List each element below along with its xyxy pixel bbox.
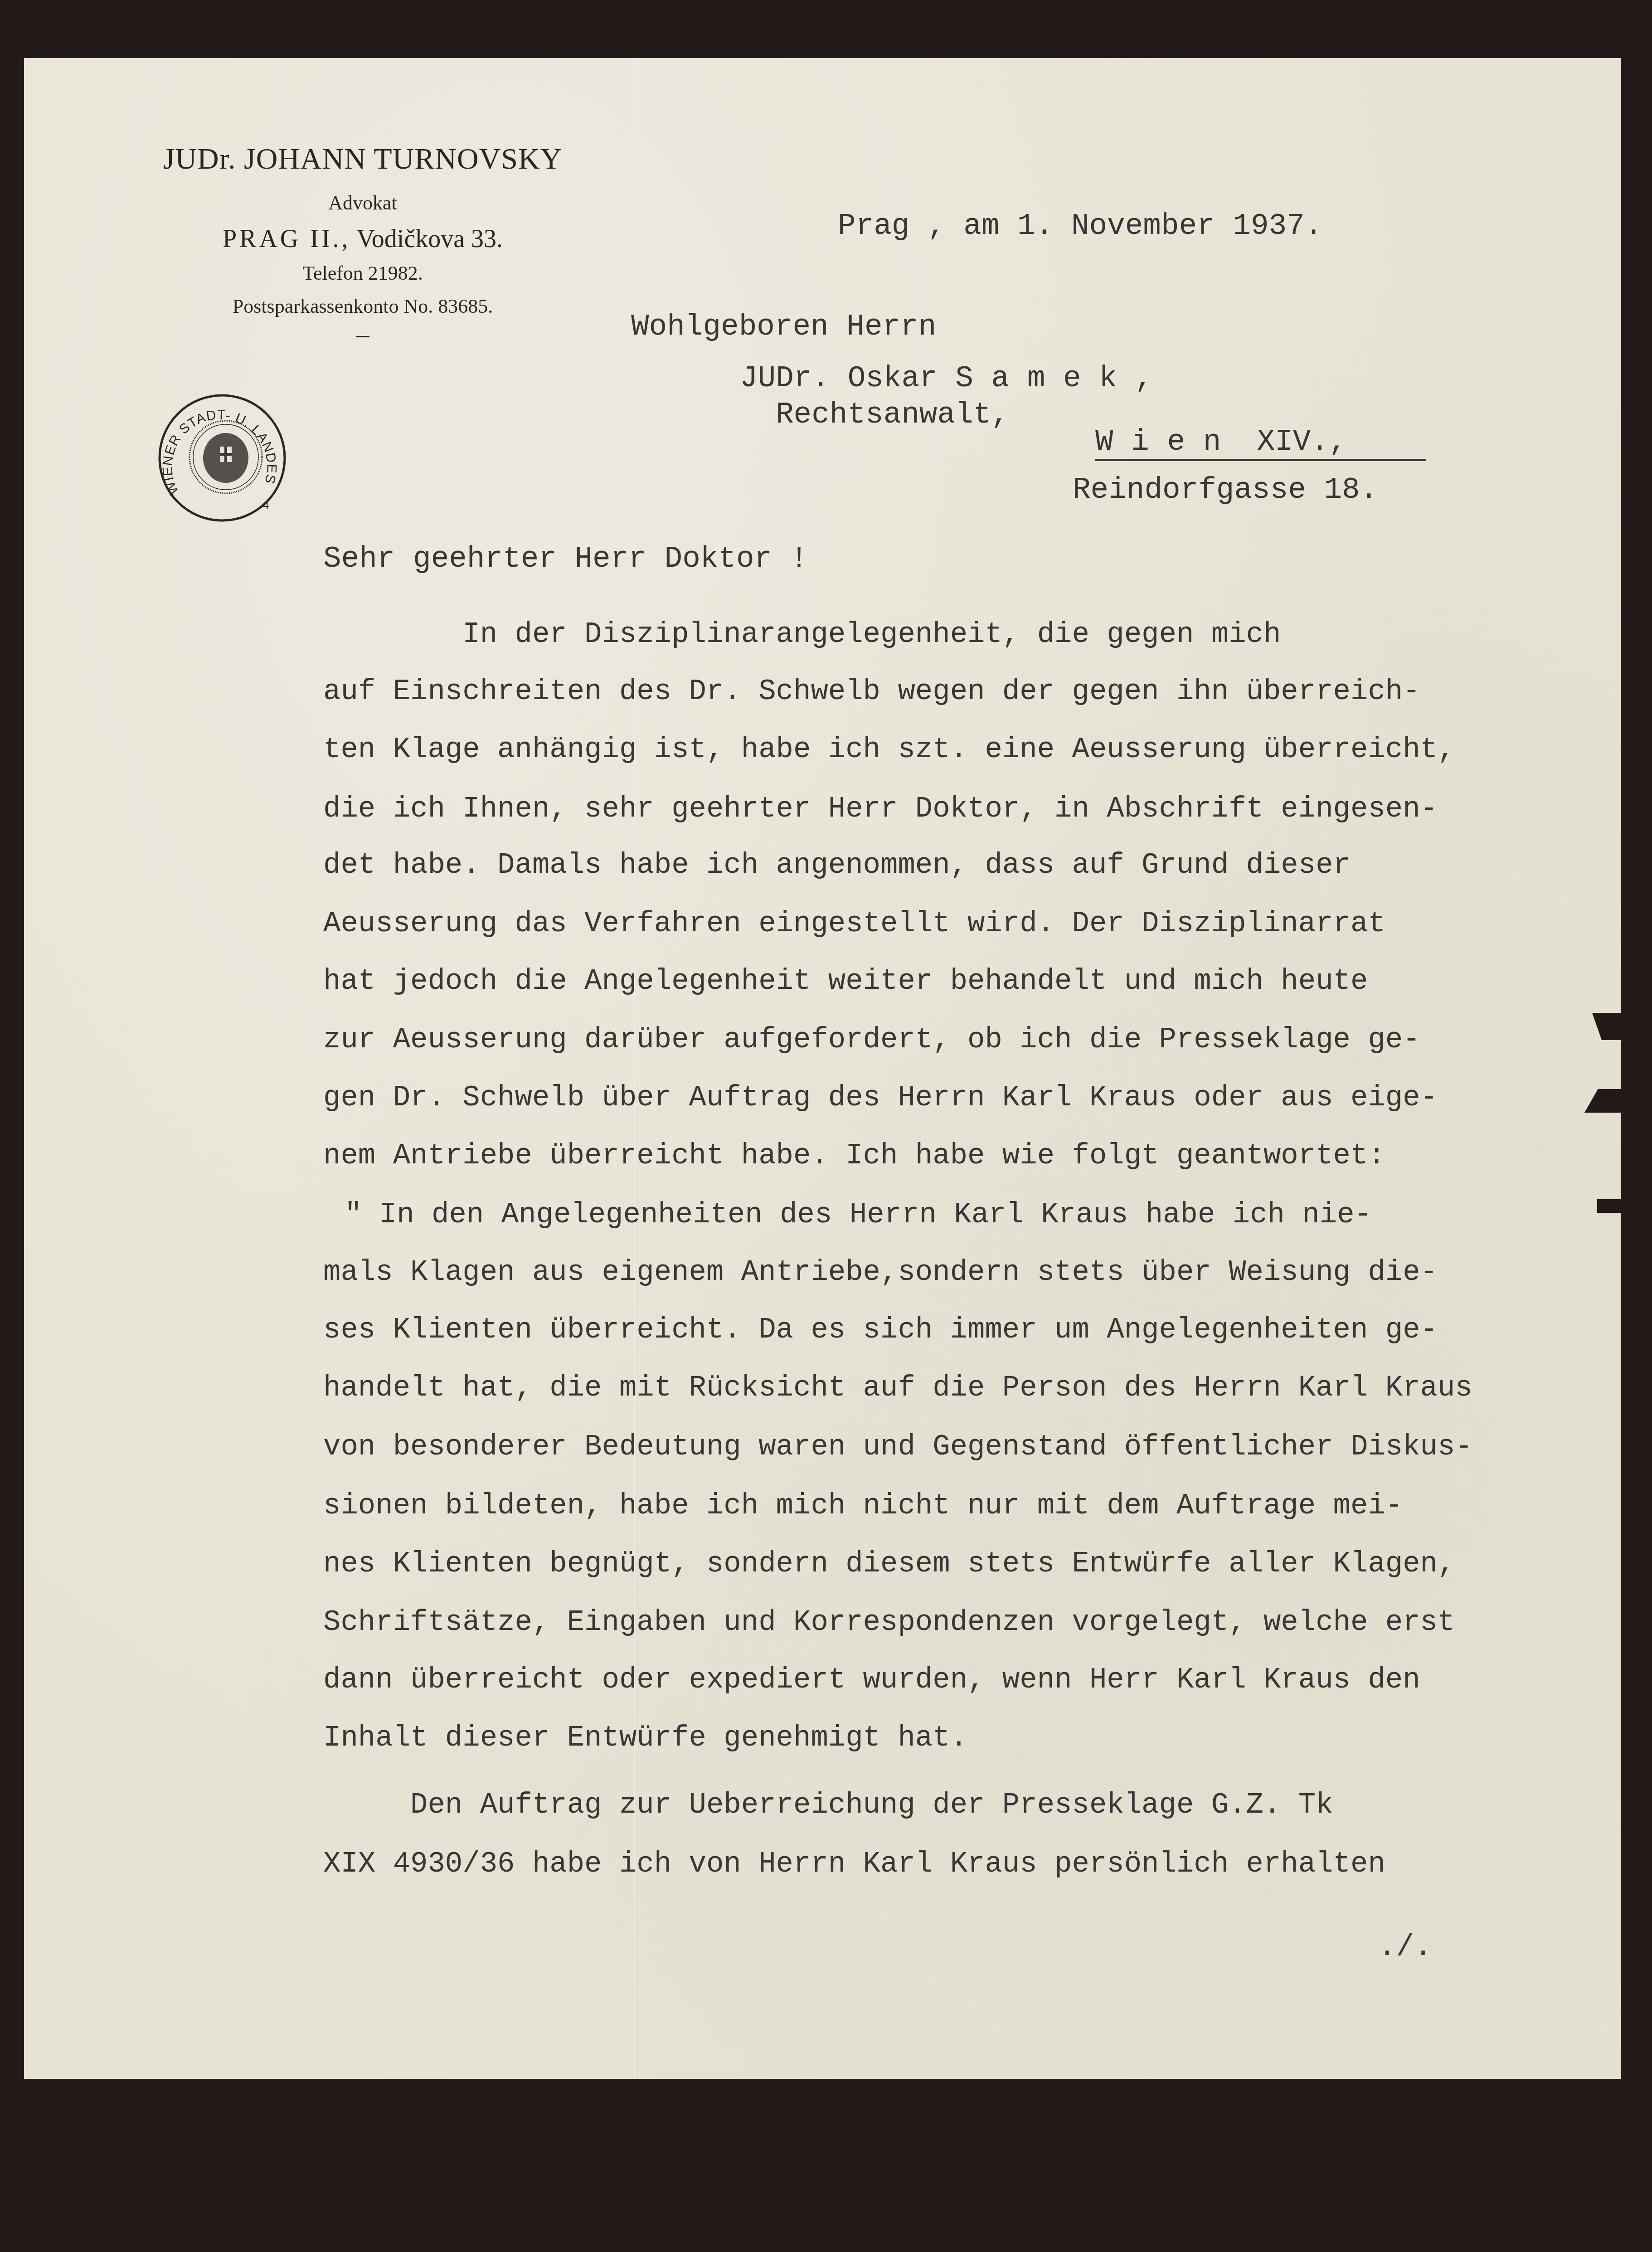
body-line: die ich Ihnen, sehr geehrter Herr Doktor…: [323, 795, 1438, 824]
lawyer-title: Advokat: [91, 191, 635, 214]
body-line: zur Aeusserung darüber aufgefordert, ob …: [323, 1026, 1420, 1055]
city-underline: [1095, 459, 1426, 461]
body-line: auf Einschreiten des Dr. Schwelb wegen d…: [323, 677, 1420, 706]
torn-edge: [1597, 1199, 1624, 1213]
body-line: hat jedoch die Angelegenheit weiter beha…: [323, 967, 1368, 996]
postal-account: Postsparkassenkonto No. 83685.: [91, 295, 635, 318]
body-line: nem Antriebe überreicht habe. Ich habe w…: [323, 1142, 1385, 1171]
telephone: Telefon 21982.: [91, 262, 635, 285]
body-line: Aeusserung das Verfahren eingestellt wir…: [323, 910, 1385, 939]
lawyer-address: PRAG II., Vodičkova 33.: [91, 224, 635, 253]
quoted-line: ses Klienten überreicht. Da es sich imme…: [323, 1316, 1438, 1345]
body-line: Den Auftrag zur Ueberreichung der Presse…: [323, 1791, 1333, 1820]
library-stamp-icon: WIENER STADT- U. LANDESBIBL. 4: [154, 390, 290, 526]
quoted-line: Schriftsätze, Eingaben und Korrespondenz…: [323, 1608, 1455, 1637]
body-line: XIX 4930/36 habe ich von Herrn Karl Krau…: [323, 1850, 1385, 1879]
address-city: PRAG II.,: [223, 225, 351, 253]
quoted-line: mals Klagen aus eigenem Antriebe,sondern…: [323, 1258, 1438, 1287]
recipient-street: Reindorfgasse 18.: [1073, 475, 1378, 505]
quoted-line: nes Klienten begnügt, sondern diesem ste…: [323, 1550, 1455, 1579]
recipient-city: W i e n XIV.,: [1095, 427, 1347, 457]
body-line: ten Klage anhängig ist, habe ich szt. ei…: [323, 735, 1455, 764]
letterhead-divider: [356, 336, 369, 337]
quoted-line: handelt hat, die mit Rücksicht auf die P…: [323, 1374, 1472, 1403]
body-line: gen Dr. Schwelb über Auftrag des Herrn K…: [323, 1084, 1438, 1113]
body-line: In der Disziplinarangelegenheit, die geg…: [323, 620, 1281, 649]
continuation-mark: ./.: [1378, 1932, 1432, 1962]
eagle-crest-icon: [203, 433, 248, 483]
recipient-profession: Rechtsanwalt,: [776, 400, 1009, 430]
quoted-line: sionen bildeten, habe ich mich nicht nur…: [323, 1492, 1403, 1521]
address-street: Vodičkova 33.: [357, 225, 503, 253]
lawyer-name: JUDr. JOHANN TURNOVSKY: [91, 144, 635, 174]
quoted-line: von besonderer Bedeutung waren und Gegen…: [323, 1433, 1472, 1462]
recipient-name: JUDr. Oskar S a m e k ,: [740, 364, 1153, 394]
letterhead: JUDr. JOHANN TURNOVSKY Advokat PRAG II.,…: [91, 136, 635, 337]
quoted-line: " In den Angelegenheiten des Herrn Karl …: [345, 1201, 1372, 1230]
greeting: Sehr geehrter Herr Doktor !: [323, 544, 808, 574]
recipient-salutation: Wohlgeboren Herrn: [631, 312, 936, 342]
date-line: Prag , am 1. November 1937.: [838, 211, 1322, 241]
body-line: det habe. Damals habe ich angenommen, da…: [323, 851, 1351, 880]
quoted-line: dann überreicht oder expediert wurden, w…: [323, 1666, 1420, 1695]
paper-fold-line: [634, 58, 635, 2079]
svg-text:4: 4: [263, 499, 269, 511]
quoted-line: Inhalt dieser Entwürfe genehmigt hat.: [323, 1724, 967, 1753]
